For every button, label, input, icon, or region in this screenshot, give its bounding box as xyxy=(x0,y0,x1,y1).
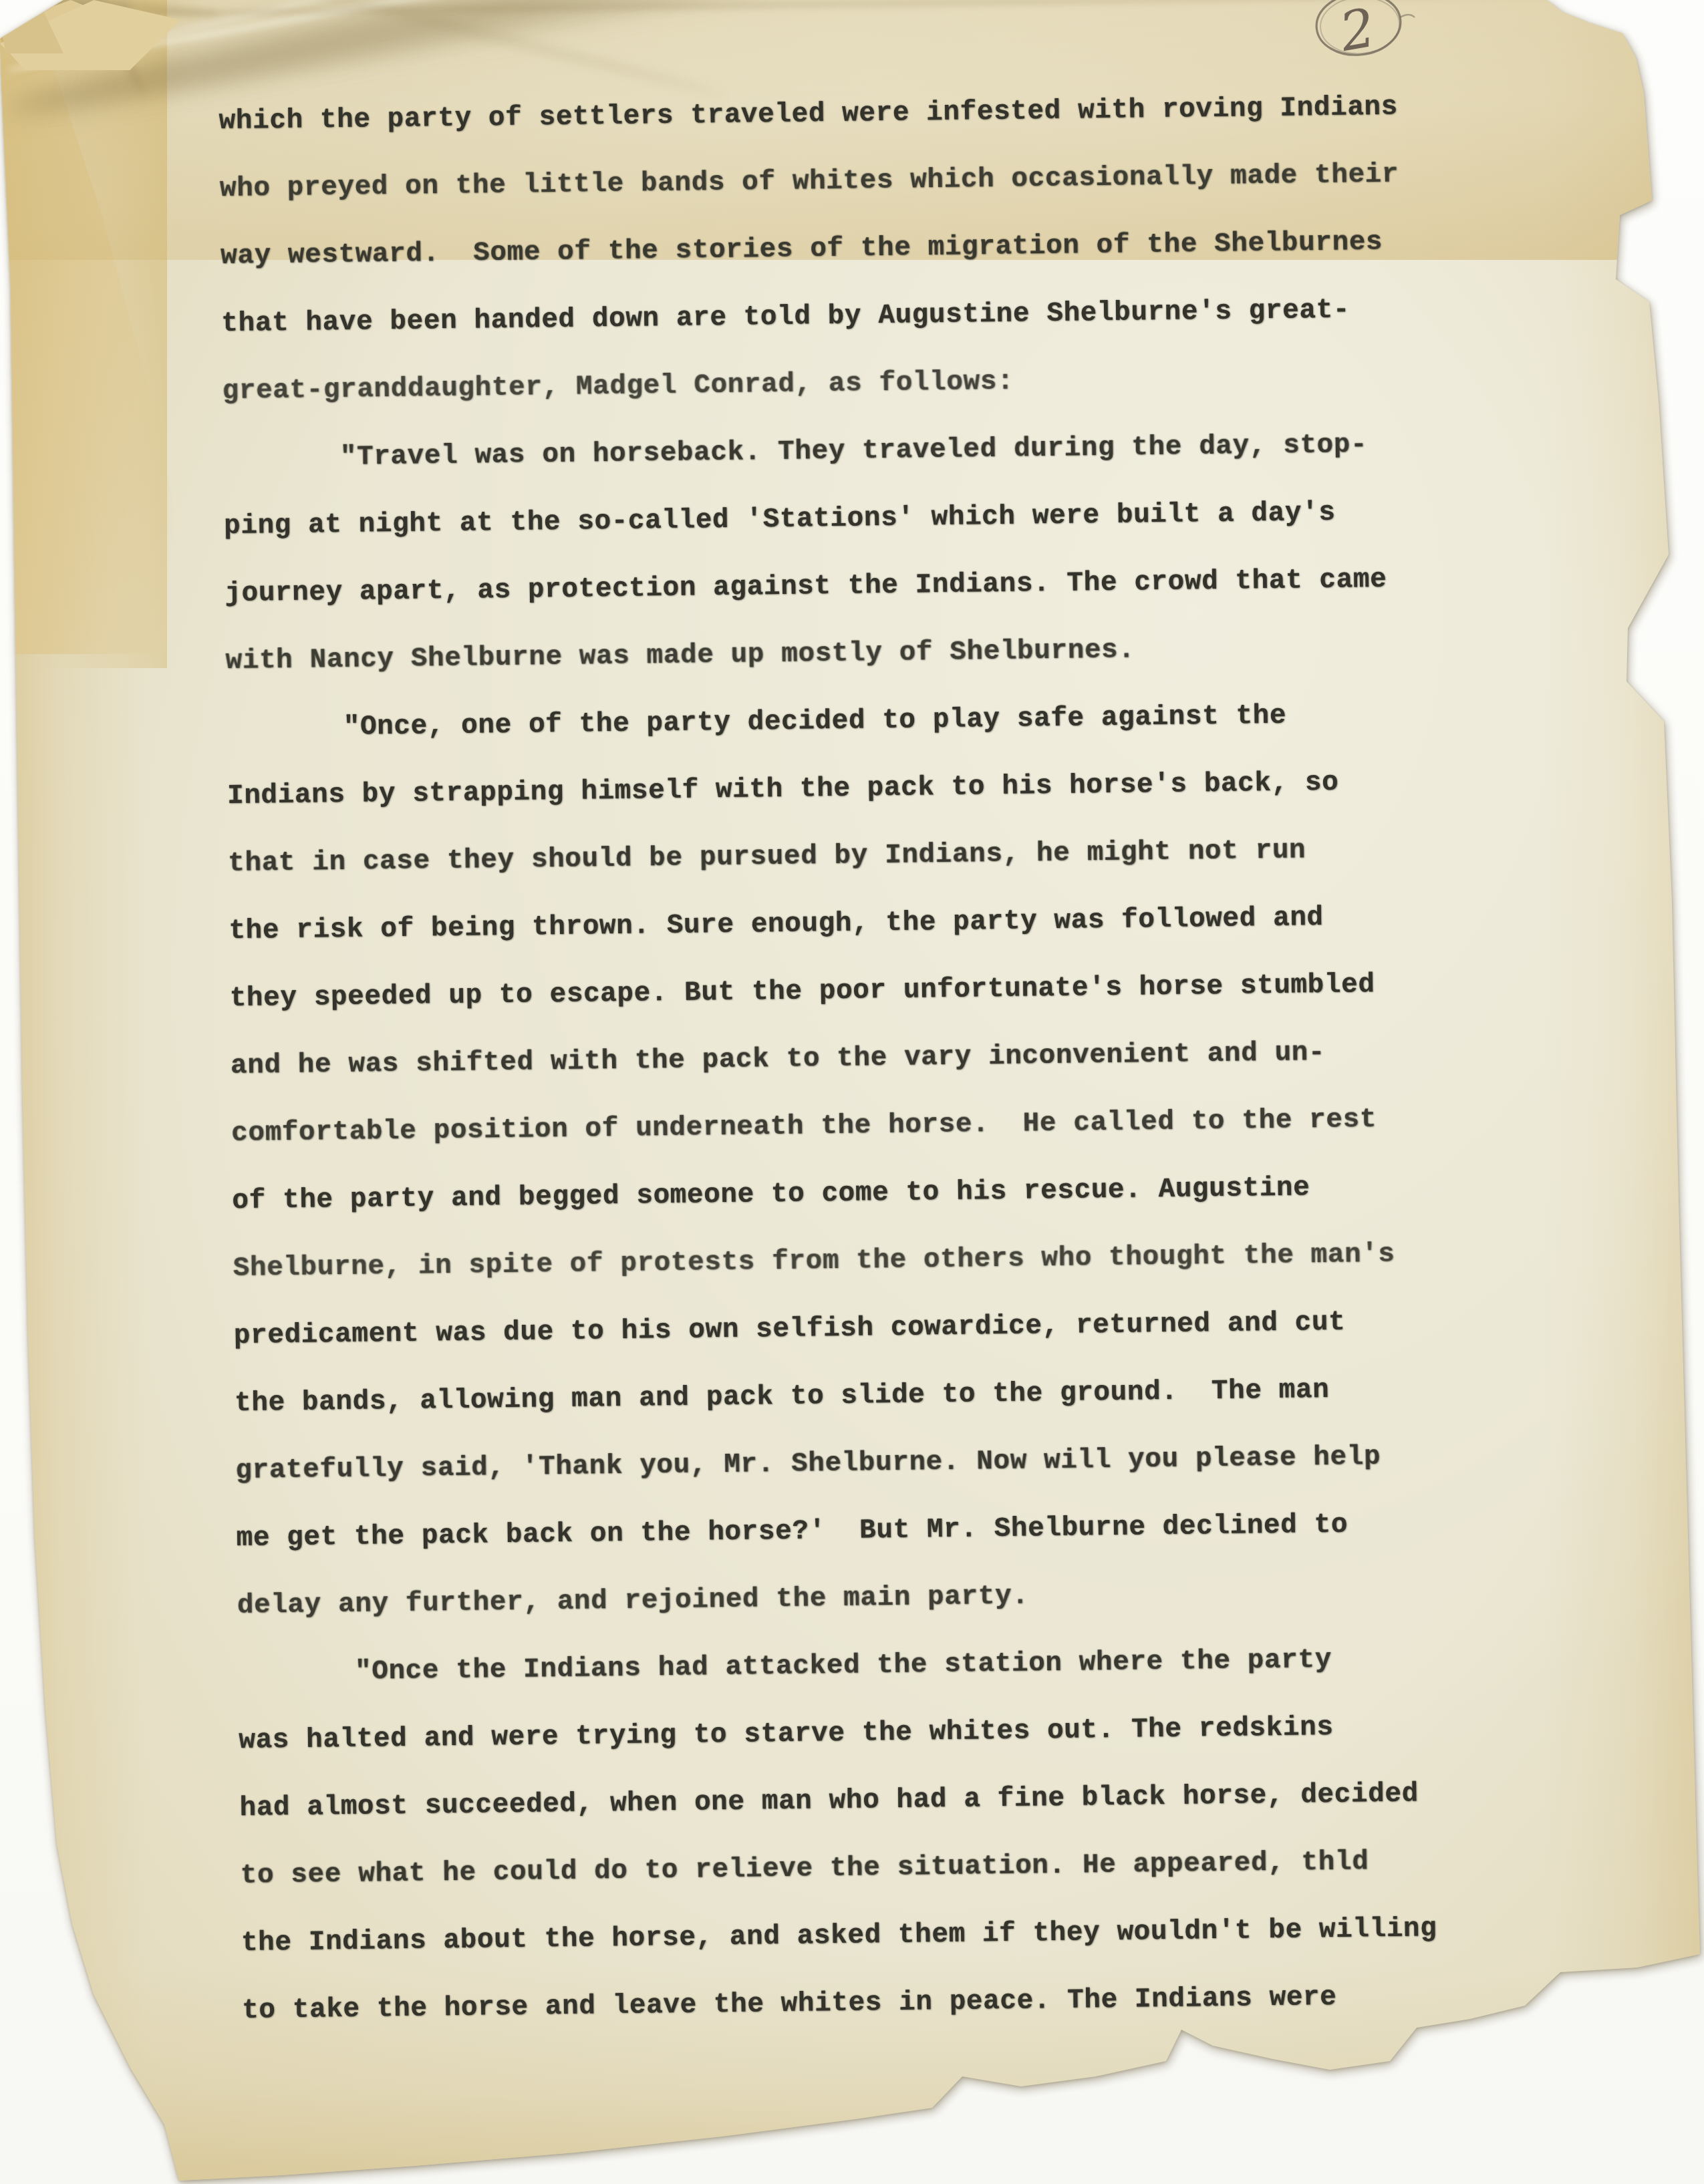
paper-sheet: 2 which the party of settlers traveled w… xyxy=(0,0,1704,2184)
typed-line: to take the horse and leave the whites i… xyxy=(242,1962,1485,2045)
typed-text-block: which the party of settlers traveled wer… xyxy=(219,73,1485,2045)
pencil-stroke xyxy=(1400,15,1415,17)
stain-speck xyxy=(0,0,11,12)
paper-shadow-wrap: 2 which the party of settlers traveled w… xyxy=(0,0,1704,2184)
page-number-annotation: 2 xyxy=(1300,0,1420,73)
scanner-background: 2 which the party of settlers traveled w… xyxy=(0,0,1704,2184)
